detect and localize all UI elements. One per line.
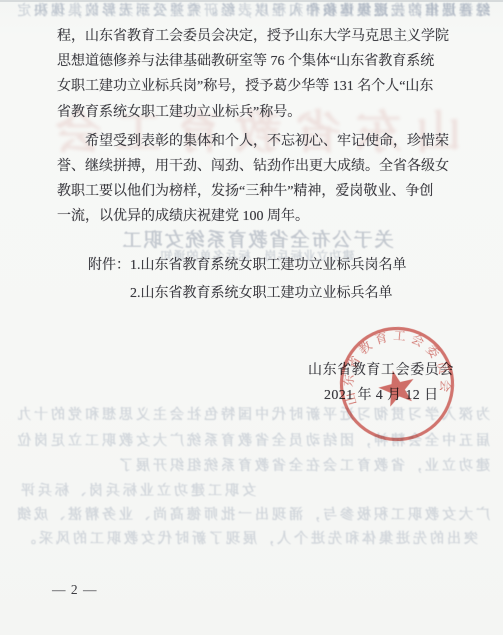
body-paragraph-line: 教职工要以他们为榜样，发扬“三种牛”精神，爱岗敬业、争创 (57, 179, 449, 204)
attachment-item: 2.山东省教育系统女职工建功立业标兵名单 (130, 280, 407, 308)
signature-date: 2021 年 4 月 12 日 (324, 384, 439, 404)
document-page: 山东省教育工会 关于公布全省教育系统女职工 建功立业标兵岗、标兵名单的通知 为深… (0, 0, 503, 635)
paragraph-1: 程，山东省教育工会委员会决定，授予山东大学马克思主义学院 思想道德修养与法律基础… (57, 24, 449, 125)
document-content: 程，山东省教育工会委员会决定，授予山东大学马克思主义学院 思想道德修养与法律基础… (0, 0, 503, 635)
attachment-item: 1.山东省教育系统女职工建功立业标兵岗名单 (130, 252, 407, 280)
attachment-label: 附件： (88, 252, 130, 308)
body-paragraph-line: 女职工建功立业标兵岗”称号，授予葛少华等 131 名个人“山东 (57, 74, 449, 99)
body-paragraph-line: 省教育系统女职工建功立业标兵”称号。 (57, 100, 449, 125)
body-paragraph-line: 一流，以优异的成绩庆祝建党 100 周年。 (57, 204, 449, 229)
body-paragraph-line: 思想道德修养与法律基础教研室等 76 个集体“山东省教育系统 (57, 49, 449, 74)
body-paragraph-line: 誉、继续拼搏，用干劲、闯劲、钻劲作出更大成绩。全省各级女 (57, 154, 449, 179)
attachment-items: 1.山东省教育系统女职工建功立业标兵岗名单 2.山东省教育系统女职工建功立业标兵… (130, 252, 407, 308)
body-paragraph-line: 希望受到表彰的集体和个人，不忘初心、牢记使命，珍惜荣 (57, 129, 449, 154)
attachment-block: 附件： 1.山东省教育系统女职工建功立业标兵岗名单 2.山东省教育系统女职工建功… (88, 252, 407, 308)
body-text: 程，山东省教育工会委员会决定，授予山东大学马克思主义学院 思想道德修养与法律基础… (57, 24, 449, 230)
paragraph-2: 希望受到表彰的集体和个人，不忘初心、牢记使命，珍惜荣 誉、继续拼搏，用干劲、闯劲… (57, 129, 449, 230)
page-number: — 2 — (52, 582, 98, 598)
signature-org: 山东省教育工会委员会 (308, 359, 454, 379)
body-paragraph-line: 程，山东省教育工会委员会决定，授予山东大学马克思主义学院 (57, 24, 449, 49)
